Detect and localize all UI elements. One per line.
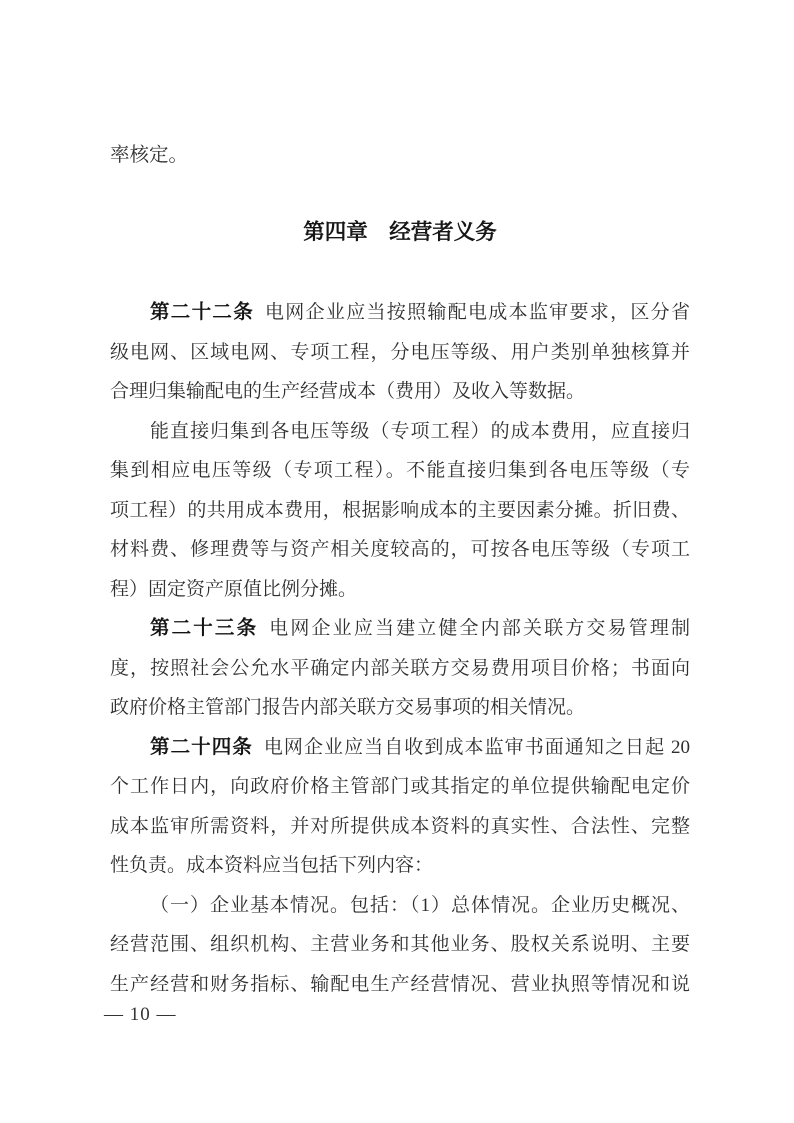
body-line: 第二十四条电网企业应当自收到成本监审书面通知之日起 20 <box>110 728 690 768</box>
body-line: （一）企业基本情况。包括：（1）总体情况。企业历史概况、 <box>110 886 690 926</box>
article-number: 第二十四条 <box>150 736 253 758</box>
body-line: 项工程）的共用成本费用，根据影响成本的主要因素分摊。折旧费、 <box>110 491 690 531</box>
body-line: 集到相应电压等级（专项工程）。不能直接归集到各电压等级（专 <box>110 451 690 491</box>
page-number: — 10 — <box>104 999 177 1031</box>
body-line: 生产经营和财务指标、输配电生产经营情况、营业执照等情况和说 <box>110 965 690 1005</box>
body-line: 成本监审所需资料，并对所提供成本资料的真实性、合法性、完整 <box>110 807 690 847</box>
continuation-line: 率核定。 <box>110 136 690 176</box>
body-line: 第二十二条电网企业应当按照输配电成本监审要求，区分省 <box>110 293 690 333</box>
body-line: 个工作日内，向政府价格主管部门或其指定的单位提供输配电定价 <box>110 767 690 807</box>
body-line: 经营范围、组织机构、主营业务和其他业务、股权关系说明、主要 <box>110 925 690 965</box>
line-text: 电网企业应当按照输配电成本监审要求，区分省 <box>265 302 690 323</box>
body-line: 材料费、修理费等与资产相关度较高的，可按各电压等级（专项工 <box>110 530 690 570</box>
body-line: 合理归集输配电的生产经营成本（费用）及收入等数据。 <box>110 372 690 412</box>
line-text: 电网企业应当建立健全内部关联方交易管理制 <box>269 618 690 639</box>
body-line: 政府价格主管部门报告内部关联方交易事项的相关情况。 <box>110 688 690 728</box>
chapter-heading: 第四章 经营者义务 <box>110 211 690 253</box>
document-page: 率核定。 第四章 经营者义务 第二十二条电网企业应当按照输配电成本监审要求，区分… <box>0 0 794 1123</box>
line-text: 电网企业应当自收到成本监审书面通知之日起 20 <box>264 737 690 758</box>
body-line: 程）固定资产原值比例分摊。 <box>110 570 690 610</box>
body-line: 能直接归集到各电压等级（专项工程）的成本费用，应直接归 <box>110 412 690 452</box>
body-line: 度，按照社会公允水平确定内部关联方交易费用项目价格；书面向 <box>110 649 690 689</box>
body-line: 性负责。成本资料应当包括下列内容： <box>110 846 690 886</box>
article-number: 第二十二条 <box>150 301 254 323</box>
body-line: 第二十三条电网企业应当建立健全内部关联方交易管理制 <box>110 609 690 649</box>
document-body: 第二十二条电网企业应当按照输配电成本监审要求，区分省级电网、区域电网、专项工程，… <box>110 293 690 1004</box>
body-line: 级电网、区域电网、专项工程，分电压等级、用户类别单独核算并 <box>110 333 690 373</box>
line-text: 能直接归集到各电压等级（专项工程）的成本费用，应直接归 <box>150 421 690 442</box>
article-number: 第二十三条 <box>150 617 258 639</box>
line-text: （一）企业基本情况。包括：（1）总体情况。企业历史概况、 <box>150 895 690 916</box>
